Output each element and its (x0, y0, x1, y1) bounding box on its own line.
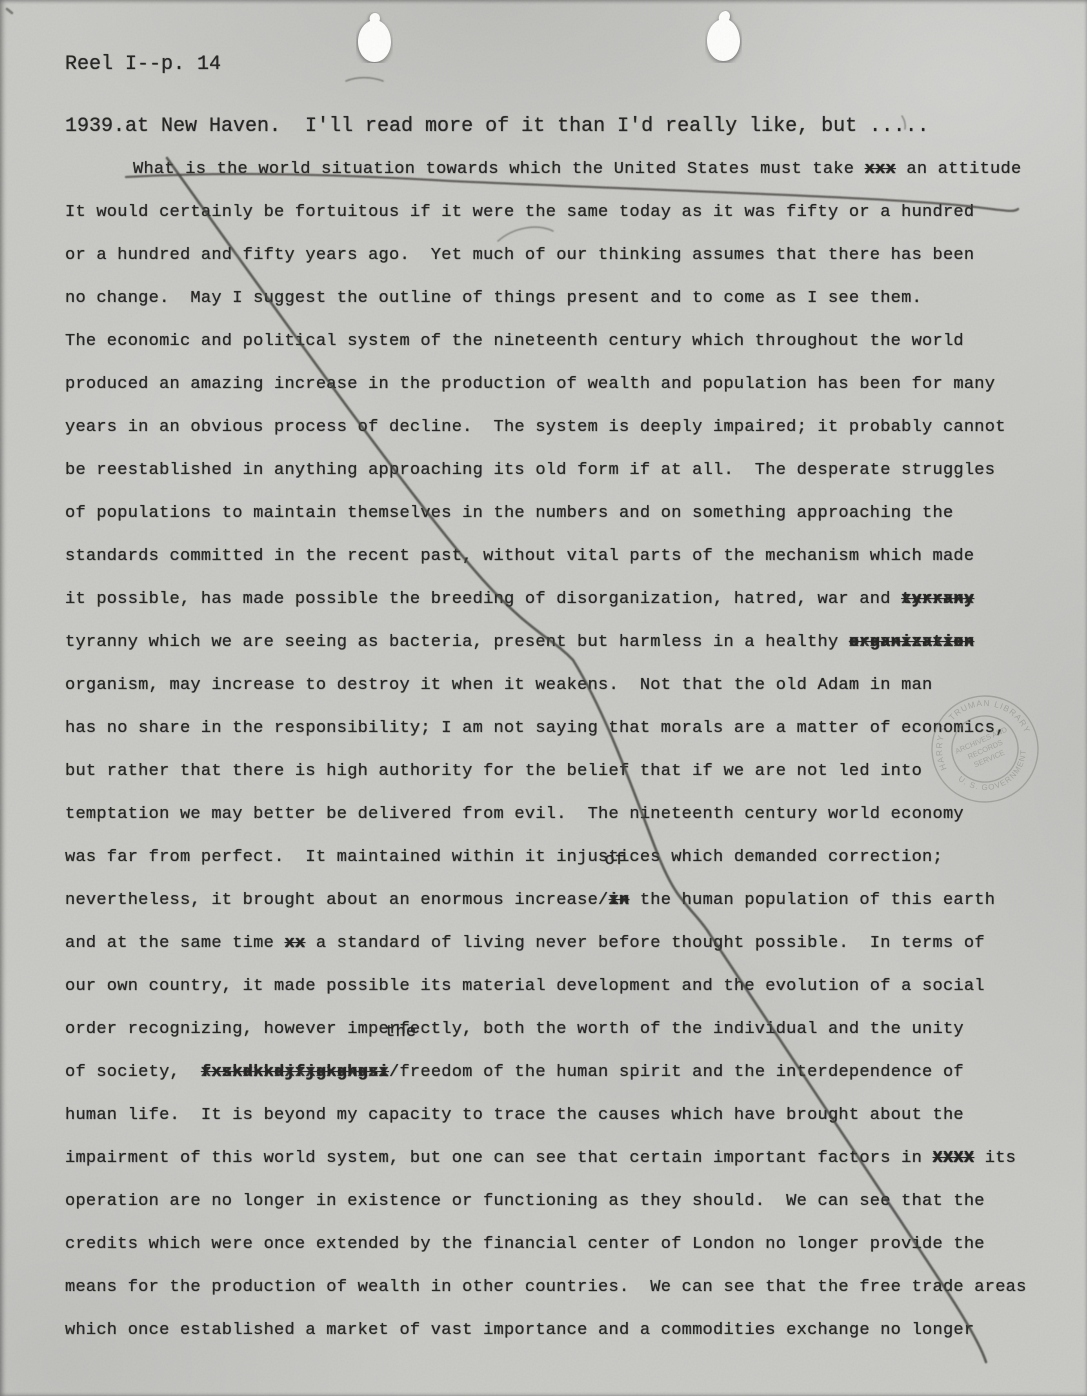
typed-text: freedom of the human spirit and the inte… (399, 1063, 963, 1082)
strikeout-x-overlay: xxxxxxxxxxxxxxxxxx (201, 1051, 389, 1094)
document-line: or a hundred and fifty years ago. Yet mu… (65, 234, 1067, 277)
typed-text: of society, (65, 1063, 201, 1082)
strikeout-x-overlay: xxxxxxxxxxxx (849, 621, 974, 664)
strikeout-x-overlay: xxxx (933, 1137, 975, 1180)
pen-struck-text: What is the world situation (133, 160, 415, 179)
typed-text: standards committed in the recent past, … (65, 547, 974, 566)
strikeout-x-overlay: xxx (865, 148, 896, 191)
document-line: credits which were once extended by the … (65, 1223, 1067, 1266)
document-body: 1939.at New Haven. I'll read more of it … (65, 105, 1067, 1352)
stray-mark-under-hole (346, 78, 383, 81)
typed-text: order recognizing, however imperfectly, … (65, 1020, 964, 1039)
typed-over-strikeout: xxxxxx (865, 148, 896, 191)
inserted-word-above-line: of (605, 852, 626, 869)
document-line: our own country, it made possible its ma… (65, 965, 1067, 1008)
document-line: organism, may increase to destroy it whe… (65, 664, 1067, 707)
typed-text: it possible, has made possible the breed… (65, 590, 901, 609)
document-line: temptation we may better be delivered fr… (65, 793, 1067, 836)
typed-text: which once established a market of vast … (65, 1321, 974, 1340)
strikeout-x-overlay: xxxxxxx (901, 578, 974, 621)
page-header-reel-number: Reel I--p. 14 (65, 50, 221, 80)
typed-text: organism, may increase to destroy it whe… (65, 676, 933, 695)
typed-over-strikeout: fxskdkkdjfjgkghgsixxxxxxxxxxxxxxxxxx (201, 1051, 389, 1094)
document-line: operation are no longer in existence or … (65, 1180, 1067, 1223)
scanned-document-page: Reel I--p. 14 1939.at New Haven. I'll re… (0, 0, 1087, 1396)
typed-over-strikeout: inxx (609, 879, 630, 922)
document-line: standards committed in the recent past, … (65, 535, 1067, 578)
typed-text: our own country, it made possible its ma… (65, 977, 985, 996)
typed-text: tyranny which we are seeing as bacteria,… (65, 633, 849, 652)
typed-text: but rather that there is high authority … (65, 762, 922, 781)
typed-text: years in an obvious process of decline. … (65, 418, 1006, 437)
document-line: no change. May I suggest the outline of … (65, 277, 1067, 320)
document-line: order recognizing, however imperfectly, … (65, 1008, 1067, 1051)
correction-group: /the (389, 1051, 399, 1094)
typed-text: an attitude (896, 160, 1021, 179)
document-line: and at the same time xxxx a standard of … (65, 922, 1067, 965)
typed-text: operation are no longer in existence or … (65, 1192, 985, 1211)
typed-text: produced an amazing increase in the prod… (65, 375, 995, 394)
correction-group: inxxof (609, 879, 630, 922)
document-line: tyranny which we are seeing as bacteria,… (65, 621, 1067, 664)
strikeout-x-overlay: xx (609, 879, 630, 922)
typed-text: temptation we may better be delivered fr… (65, 805, 964, 824)
typed-text: was far from perfect. It maintained with… (65, 848, 943, 867)
inserted-word-above-line: the (385, 1024, 416, 1041)
document-line: means for the production of wealth in ot… (65, 1266, 1067, 1309)
typed-text: of populations to maintain themselves in… (65, 504, 953, 523)
typed-text: no change. May I suggest the outline of … (65, 289, 922, 308)
document-line: but rather that there is high authority … (65, 750, 1067, 793)
document-line: was far from perfect. It maintained with… (65, 836, 1067, 879)
typed-text: impairment of this world system, but one… (65, 1149, 933, 1168)
typed-text: be reestablished in anything approaching… (65, 461, 995, 480)
typed-text: its (974, 1149, 1016, 1168)
corner-speck (7, 9, 12, 13)
document-line: which once established a market of vast … (65, 1309, 1067, 1352)
document-line: impairment of this world system, but one… (65, 1137, 1067, 1180)
typed-text: the human population of this earth (629, 891, 995, 910)
archives-stamp: HARRY S. TRUMAN LIBRARY U. S. GOVERNMENT… (922, 686, 1048, 812)
typed-text: or a hundred and fifty years ago. Yet mu… (65, 246, 974, 265)
document-line: it possible, has made possible the breed… (65, 578, 1067, 621)
document-line: of populations to maintain themselves in… (65, 492, 1067, 535)
document-line: 1939.at New Haven. I'll read more of it … (65, 105, 1067, 148)
typed-text: nevertheless, it brought about an enormo… (65, 891, 609, 910)
strikeout-x-overlay: xx (285, 922, 306, 965)
document-line: of society, fxskdkkdjfjgkghgsixxxxxxxxxx… (65, 1051, 1067, 1094)
typed-text: towards which the United States must tak… (415, 160, 864, 179)
typed-text: and at the same time (65, 934, 285, 953)
document-line: produced an amazing increase in the prod… (65, 363, 1067, 406)
document-line: The economic and political system of the… (65, 320, 1067, 363)
document-line: nevertheless, it brought about an enormo… (65, 879, 1067, 922)
document-line: human life. It is beyond my capacity to … (65, 1094, 1067, 1137)
typed-over-strikeout: organizationxxxxxxxxxxxx (849, 621, 974, 664)
typed-text: human life. It is beyond my capacity to … (65, 1106, 964, 1125)
typed-text: credits which were once extended by the … (65, 1235, 985, 1254)
typed-text: / (389, 1063, 399, 1082)
document-line: What is the world situation towards whic… (65, 148, 1067, 191)
typed-text: means for the production of wealth in ot… (65, 1278, 1027, 1297)
typed-text: a standard of living never before though… (305, 934, 984, 953)
document-line: has no share in the responsibility; I am… (65, 707, 1067, 750)
punch-hole-right (705, 10, 742, 63)
typed-over-strikeout: XXXXxxxx (933, 1137, 975, 1180)
typed-text: The economic and political system of the… (65, 332, 964, 351)
document-line: years in an obvious process of decline. … (65, 406, 1067, 449)
typed-over-strikeout: tyrranyxxxxxxx (901, 578, 974, 621)
typed-text: 1939.at New Haven. I'll read more of it … (65, 115, 929, 138)
document-line: It would certainly be fortuitous if it w… (65, 191, 1067, 234)
typed-text: has no share in the responsibility; I am… (65, 719, 1006, 738)
typed-over-strikeout: xxxx (285, 922, 306, 965)
document-line: be reestablished in anything approaching… (65, 449, 1067, 492)
typed-text: It would certainly be fortuitous if it w… (65, 203, 974, 222)
punch-hole-left (356, 12, 393, 63)
